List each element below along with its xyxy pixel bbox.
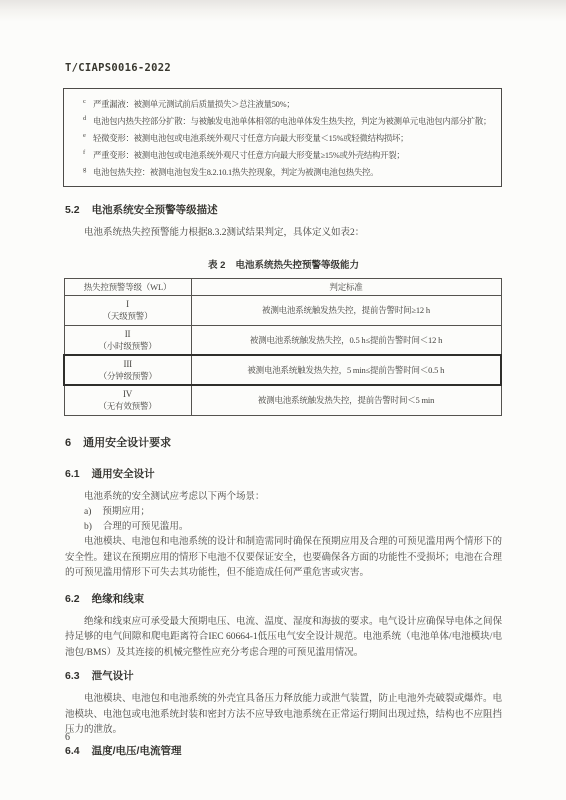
table-row: II （小时级预警） 被测电池系统触发热失控，0.5 h≤提前告警时间＜12 h [64,325,501,355]
section-6-1-heading: 6.1通用安全设计 [65,467,502,481]
section-6-4-heading: 6.4温度/电压/电流管理 [65,744,502,758]
section-5-2-intro: 电池系统热失控预警能力根据8.3.2测试结果判定，具体定义如表2： [65,226,502,242]
section-title: 泄气设计 [92,670,134,682]
thermal-runaway-warning-table: 热失控预警等级（WL） 判定标准 I （天级预警） 被测电池系统触发热失控，提前… [63,278,502,416]
footnote-item: g电池包热失控：被测电池包发生8.2.10.1热失控现象，判定为被测电池包热失控… [73,163,492,180]
section-number: 5.2 [65,204,80,216]
criteria-cell: 被测电池系统触发热失控，提前告警时间≥12 h [191,295,501,325]
level-label: （分钟级预警） [65,370,191,382]
table-2-caption: 表 2电池系统热失控预警等级能力 [65,257,502,271]
criteria-cell: 被测电池系统触发热失控，5 min≤提前告警时间＜0.5 h [191,355,501,385]
table-row: IV （无有效预警） 被测电池系统触发热失控，提前告警时间＜5 min [64,385,501,415]
section-6-1-paragraph: 电池系统的安全测试应考虑以下两个场景： [65,490,502,506]
footnote-item: c严重漏液：被测单元测试前后质量损失＞总注液量50%； [73,95,492,112]
warning-level-cell: I （天级预警） [64,295,191,325]
page-number: 6 [65,732,70,743]
list-marker: a) [84,507,91,517]
criteria-cell: 被测电池系统触发热失控，0.5 h≤提前告警时间＜12 h [191,325,501,355]
level-label: （小时级预警） [65,340,191,352]
footnote-marker: f [83,146,89,160]
warning-level-cell: III （分钟级预警） [64,355,191,385]
criteria-cell: 被测电池系统触发热失控，提前告警时间＜5 min [191,385,501,415]
footnote-marker: e [83,129,89,143]
section-title: 电池系统安全预警等级描述 [92,204,218,216]
footnote-box: c严重漏液：被测单元测试前后质量损失＞总注液量50%； d电池包内热失控部分扩散… [63,88,502,187]
section-title: 温度/电压/电流管理 [92,745,182,757]
section-number: 6.3 [65,670,80,682]
list-marker: b) [84,522,92,532]
table-row-highlighted: III （分钟级预警） 被测电池系统触发热失控，5 min≤提前告警时间＜0.5… [64,355,501,385]
warning-level-cell: II （小时级预警） [64,325,191,355]
footnote-text: 轻微变形：被测电池包或电池系统外观尺寸任意方向最大形变量＜15%或轻微结构损坏； [93,134,408,143]
level-numeral: I [65,298,191,310]
list-text: 预期应用； [102,507,150,517]
section-number: 6.1 [65,468,80,480]
section-6-2-paragraph: 绝缘和线束应可承受最大预期电压、电流、温度、湿度和海拔的要求。电气设计应确保导电… [65,615,502,662]
col-header-warning-level: 热失控预警等级（WL） [64,278,191,295]
table-caption-title: 电池系统热失控预警等级能力 [235,260,359,271]
level-label: （无有效预警） [65,400,191,412]
footnote-text: 严重漏液：被测单元测试前后质量损失＞总注液量50%； [93,100,294,109]
footnote-text: 严重变形：被测电池包或电池系统外观尺寸任意方向最大形变量≥15%或外壳结构开裂； [93,151,404,160]
warning-level-cell: IV （无有效预警） [64,385,191,415]
section-number: 6.2 [65,593,80,605]
level-numeral: II [65,328,191,340]
standard-code: T/CIAPS0016-2022 [65,62,502,75]
footnote-marker: c [83,95,89,109]
page-content: T/CIAPS0016-2022 c严重漏液：被测单元测试前后质量损失＞总注液量… [65,0,502,758]
col-header-criteria: 判定标准 [191,278,501,295]
table-row: I （天级预警） 被测电池系统触发热失控，提前告警时间≥12 h [64,295,501,325]
section-6-1-paragraph-2: 电池模块、电池包和电池系统的设计和制造需同时确保在预期应用及合理的可预见滥用两个… [65,535,502,582]
footnote-item: f严重变形：被测电池包或电池系统外观尺寸任意方向最大形变量≥15%或外壳结构开裂… [73,146,492,163]
list-text: 合理的可预见滥用。 [103,522,189,532]
level-numeral: IV [65,388,191,400]
list-item-b: b)合理的可预见滥用。 [65,520,502,535]
section-number: 6 [65,437,71,449]
document-page: T/CIAPS0016-2022 c严重漏液：被测单元测试前后质量损失＞总注液量… [0,0,566,800]
section-title: 通用安全设计要求 [83,437,171,449]
level-numeral: III [65,358,191,370]
section-title: 绝缘和线束 [92,593,145,605]
footnote-marker: g [83,163,89,177]
footnote-item: e轻微变形：被测电池包或电池系统外观尺寸任意方向最大形变量＜15%或轻微结构损坏… [73,129,492,146]
table-header-row: 热失控预警等级（WL） 判定标准 [64,278,501,295]
section-number: 6.4 [65,745,80,757]
section-6-3-heading: 6.3泄气设计 [65,669,502,683]
section-6-heading: 6通用安全设计要求 [65,436,502,450]
list-item-a: a)预期应用； [65,505,502,520]
level-label: （天级预警） [65,310,191,322]
footnote-text: 电池包热失控：被测电池包发生8.2.10.1热失控现象，判定为被测电池包热失控。 [93,168,378,177]
footnote-item: d电池包内热失控部分扩散：与被触发电池单体相邻的电池单体发生热失控，判定为被测单… [73,112,492,129]
section-title: 通用安全设计 [92,468,155,480]
section-6-3-paragraph: 电池模块、电池包和电池系统的外壳宜具备压力释放能力或泄气装置，防止电池外壳破裂或… [65,692,502,739]
section-6-2-heading: 6.2绝缘和线束 [65,592,502,606]
footnote-marker: d [83,112,89,126]
table-caption-number: 表 2 [208,260,225,271]
footnote-text: 电池包内热失控部分扩散：与被触发电池单体相邻的电池单体发生热失控，判定为被测单元… [93,117,491,126]
section-5-2-heading: 5.2电池系统安全预警等级描述 [65,203,502,217]
